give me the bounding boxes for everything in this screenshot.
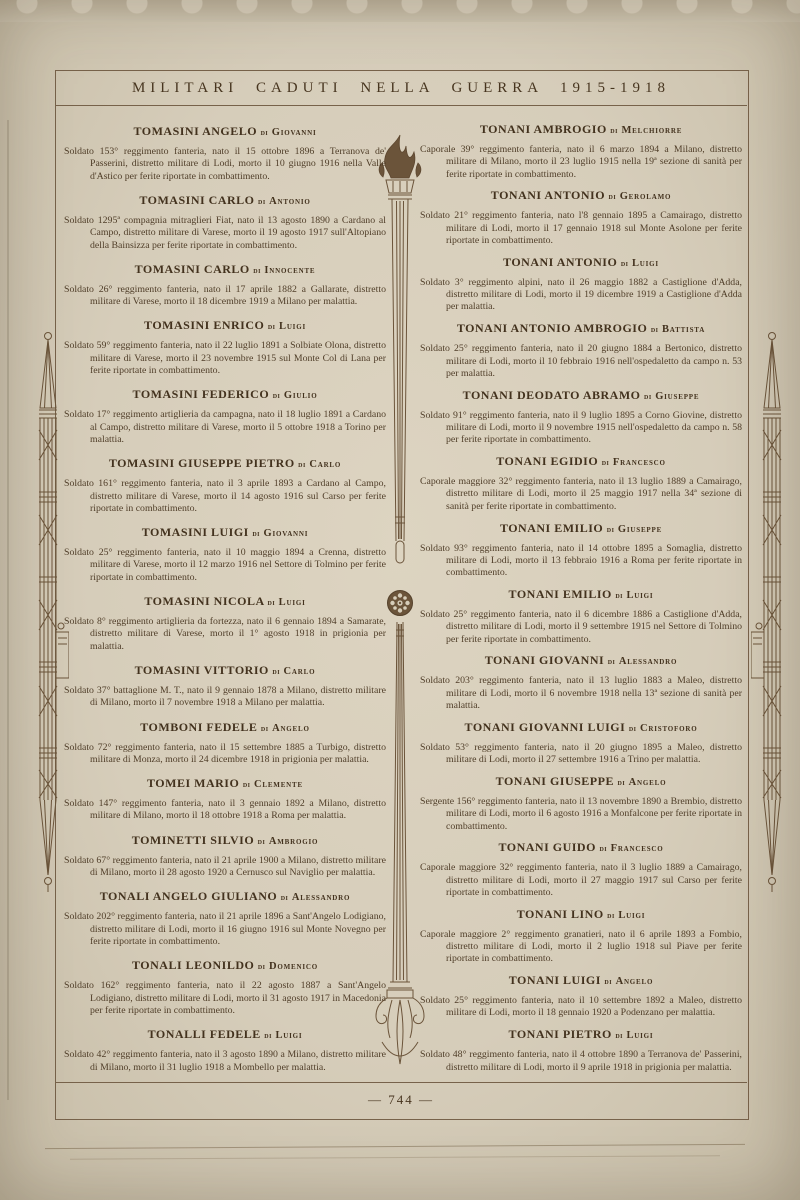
soldier-entry: TONANI EGIDIO di Francesco Caporale magg…	[420, 454, 742, 513]
di-connector: di	[258, 961, 266, 971]
di-connector: di	[602, 457, 610, 467]
soldier-entry: TONANI EMILIO di Giuseppe Soldato 93° re…	[420, 521, 742, 580]
soldier-record: Soldato 25° reggimento fanteria, nato il…	[64, 547, 386, 584]
di-connector: di	[253, 265, 261, 275]
soldier-record: Soldato 203° reggimento fanteria, nato i…	[420, 675, 742, 712]
soldier-name-heading: TONANI GIUSEPPE di Angelo	[420, 774, 742, 789]
fasces-ornament-left	[27, 330, 69, 892]
soldier-entry: TONANI GIOVANNI LUIGI di Cristoforo Sold…	[420, 720, 742, 767]
soldier-entry: TOMASINI ENRICO di Luigi Soldato 59° reg…	[64, 318, 386, 377]
soldier-surname: TONANI ANTONIO	[503, 255, 617, 269]
father-name: Battista	[662, 324, 705, 335]
soldier-entry: TONALI ANGELO GIULIANO di Alessandro Sol…	[64, 889, 386, 948]
soldier-entry: TONANI ANTONIO di Gerolamo Soldato 21° r…	[420, 188, 742, 247]
soldier-surname: TONANI GIOVANNI	[485, 653, 604, 667]
soldier-surname: TONANI EMILIO	[509, 587, 612, 601]
soldier-entry: TOMASINI CARLO di Antonio Soldato 1295ª …	[64, 193, 386, 252]
di-connector: di	[281, 892, 289, 902]
soldier-name-heading: TONANI GIOVANNI LUIGI di Cristoforo	[420, 720, 742, 735]
di-connector: di	[610, 125, 618, 135]
soldier-name-heading: TOMASINI VITTORIO di Carlo	[64, 663, 386, 678]
soldier-surname: TONALLI FEDELE	[148, 1027, 261, 1041]
father-name: Angelo	[616, 976, 654, 987]
di-connector: di	[607, 524, 615, 534]
di-connector: di	[243, 779, 251, 789]
soldier-entry: TONALI LEONILDO di Domenico Soldato 162°…	[64, 958, 386, 1017]
father-name: Angelo	[629, 777, 667, 788]
soldier-surname: TONANI LUIGI	[509, 973, 601, 987]
father-name: Giovanni	[272, 127, 317, 138]
soldier-surname: TOMEI MARIO	[147, 776, 239, 790]
soldier-surname: TOMINETTI SILVIO	[132, 833, 254, 847]
di-connector: di	[258, 196, 266, 206]
soldier-name-heading: TONANI EMILIO di Giuseppe	[420, 521, 742, 536]
soldier-name-heading: TONANI ANTONIO AMBROGIO di Battista	[420, 321, 742, 336]
soldier-entry: TOMASINI VITTORIO di Carlo Soldato 37° b…	[64, 663, 386, 710]
father-name: Gerolamo	[620, 191, 672, 202]
soldier-record: Caporale maggiore 32° reggimento fanteri…	[420, 476, 742, 513]
father-name: Luigi	[627, 1030, 654, 1041]
soldier-name-heading: TOMASINI ENRICO di Luigi	[64, 318, 386, 333]
di-connector: di	[261, 723, 269, 733]
soldier-name-heading: TONALLI FEDELE di Luigi	[64, 1027, 386, 1042]
soldier-surname: TONANI PIETRO	[509, 1027, 612, 1041]
soldier-name-heading: TONALI LEONILDO di Domenico	[64, 958, 386, 973]
di-connector: di	[298, 459, 306, 469]
soldier-record: Sergente 156° reggimento fanteria, nato …	[420, 796, 742, 833]
soldier-entry: TONANI DEODATO ABRAMO di Giuseppe Soldat…	[420, 388, 742, 447]
soldier-name-heading: TONANI AMBROGIO di Melchiorre	[420, 122, 742, 137]
soldier-name-heading: TONANI ANTONIO di Luigi	[420, 255, 742, 270]
di-connector: di	[617, 777, 625, 787]
di-connector: di	[264, 1030, 272, 1040]
father-name: Giuseppe	[618, 524, 662, 535]
soldier-name-heading: TOMASINI FEDERICO di Giulio	[64, 387, 386, 402]
father-name: Alessandro	[292, 892, 350, 903]
soldier-entry: TONANI GUIDO di Francesco Caporale maggi…	[420, 840, 742, 899]
soldier-name-heading: TOMASINI GIUSEPPE PIETRO di Carlo	[64, 456, 386, 471]
soldier-record: Soldato 59° reggimento fanteria, nato il…	[64, 340, 386, 377]
soldier-entry: TOMBONI FEDELE di Angelo Soldato 72° reg…	[64, 720, 386, 767]
di-connector: di	[615, 590, 623, 600]
soldier-name-heading: TONANI DEODATO ABRAMO di Giuseppe	[420, 388, 742, 403]
soldier-name-heading: TOMASINI CARLO di Innocente	[64, 262, 386, 277]
scan-top-page-edge	[0, 0, 800, 22]
scan-artifact-line	[45, 1144, 745, 1149]
soldier-surname: TONANI DEODATO ABRAMO	[463, 388, 641, 402]
soldier-entry: TONANI LINO di Luigi Caporale maggiore 2…	[420, 907, 742, 966]
father-name: Giovanni	[264, 528, 309, 539]
soldier-name-heading: TONANI PIETRO di Luigi	[420, 1027, 742, 1042]
father-name: Antonio	[269, 196, 310, 207]
father-name: Carlo	[309, 459, 341, 470]
soldier-surname: TONANI ANTONIO	[491, 188, 605, 202]
soldier-name-heading: TONANI EGIDIO di Francesco	[420, 454, 742, 469]
scanned-book-page: MILITARI CADUTI NELLA GUERRA 1915-1918	[0, 0, 800, 1200]
soldier-entry: TONANI ANTONIO di Luigi Soldato 3° reggi…	[420, 255, 742, 314]
di-connector: di	[609, 191, 617, 201]
father-name: Luigi	[627, 590, 654, 601]
di-connector: di	[252, 528, 260, 538]
father-name: Luigi	[279, 597, 306, 608]
soldier-record: Soldato 91° reggimento fanteria, nato il…	[420, 410, 742, 447]
soldier-name-heading: TONANI GUIDO di Francesco	[420, 840, 742, 855]
di-connector: di	[621, 258, 629, 268]
soldier-name-heading: TOMASINI LUIGI di Giovanni	[64, 525, 386, 540]
soldier-record: Soldato 67° reggimento fanteria, nato il…	[64, 855, 386, 880]
soldier-name-heading: TONANI EMILIO di Luigi	[420, 587, 742, 602]
di-connector: di	[629, 723, 637, 733]
father-name: Melchiorre	[621, 125, 682, 136]
soldier-entry: TONANI AMBROGIO di Melchiorre Caporale 3…	[420, 122, 742, 181]
father-name: Luigi	[632, 258, 659, 269]
soldier-entry: TOMASINI LUIGI di Giovanni Soldato 25° r…	[64, 525, 386, 584]
father-name: Francesco	[611, 843, 664, 854]
soldier-surname: TOMASINI ENRICO	[144, 318, 264, 332]
soldier-record: Soldato 8° reggimento artiglieria da for…	[64, 616, 386, 653]
soldier-entry: TONANI GIUSEPPE di Angelo Sergente 156° …	[420, 774, 742, 833]
rosette-medallion-ornament	[386, 589, 414, 617]
di-connector: di	[604, 976, 612, 986]
soldier-entry: TONANI PIETRO di Luigi Soldato 48° reggi…	[420, 1027, 742, 1074]
father-name: Luigi	[275, 1030, 302, 1041]
soldier-column-left: TOMASINI ANGELO di Giovanni Soldato 153°…	[64, 124, 386, 1074]
soldier-record: Soldato 21° reggimento fanteria, nato l'…	[420, 210, 742, 247]
soldier-surname: TONALI LEONILDO	[132, 958, 254, 972]
soldier-name-heading: TOMEI MARIO di Clemente	[64, 776, 386, 791]
father-name: Luigi	[279, 321, 306, 332]
di-connector: di	[615, 1030, 623, 1040]
soldier-record: Soldato 153° reggimento fanteria, nato i…	[64, 146, 386, 183]
soldier-entry: TOMINETTI SILVIO di Ambrogio Soldato 67°…	[64, 833, 386, 880]
soldier-record: Soldato 1295ª compagnia mitraglieri Fiat…	[64, 215, 386, 252]
soldier-surname: TOMASINI CARLO	[139, 193, 254, 207]
di-connector: di	[273, 390, 281, 400]
di-connector: di	[258, 836, 266, 846]
scan-left-edge-shadow	[7, 120, 9, 1100]
soldier-record: Soldato 72° reggimento fanteria, nato il…	[64, 742, 386, 767]
soldier-name-heading: TONANI LUIGI di Angelo	[420, 973, 742, 988]
soldier-name-heading: TOMBONI FEDELE di Angelo	[64, 720, 386, 735]
soldier-surname: TONANI EMILIO	[500, 521, 603, 535]
soldier-surname: TOMASINI GIUSEPPE PIETRO	[109, 456, 295, 470]
soldier-record: Caporale 39° reggimento fanteria, nato i…	[420, 144, 742, 181]
soldier-surname: TOMBONI FEDELE	[140, 720, 257, 734]
father-name: Giuseppe	[655, 391, 699, 402]
soldier-name-heading: TONANI ANTONIO di Gerolamo	[420, 188, 742, 203]
di-connector: di	[607, 910, 615, 920]
soldier-record: Caporale maggiore 32° reggimento fanteri…	[420, 862, 742, 899]
soldier-name-heading: TONANI GIOVANNI di Alessandro	[420, 653, 742, 668]
soldier-surname: TOMASINI ANGELO	[133, 124, 257, 138]
di-connector: di	[651, 324, 659, 334]
soldier-entry: TONANI EMILIO di Luigi Soldato 25° reggi…	[420, 587, 742, 646]
soldier-record: Soldato 3° reggimento alpini, nato il 26…	[420, 277, 742, 314]
di-connector: di	[272, 666, 280, 676]
soldier-entry: TOMASINI CARLO di Innocente Soldato 26° …	[64, 262, 386, 309]
soldier-surname: TOMASINI FEDERICO	[133, 387, 270, 401]
soldier-surname: TONANI EGIDIO	[496, 454, 598, 468]
soldier-record: Soldato 42° reggimento fanteria, nato il…	[64, 1049, 386, 1074]
scan-artifact-line	[70, 1155, 720, 1159]
di-connector: di	[599, 843, 607, 853]
father-name: Ambrogio	[269, 836, 318, 847]
soldier-entry: TOMASINI GIUSEPPE PIETRO di Carlo Soldat…	[64, 456, 386, 515]
soldier-entry: TONANI GIOVANNI di Alessandro Soldato 20…	[420, 653, 742, 712]
soldier-surname: TONANI AMBROGIO	[480, 122, 607, 136]
page-number: — 744 —	[55, 1082, 747, 1118]
father-name: Domenico	[269, 961, 318, 972]
soldier-surname: TONALI ANGELO GIULIANO	[100, 889, 277, 903]
soldier-entry: TONALLI FEDELE di Luigi Soldato 42° regg…	[64, 1027, 386, 1074]
di-connector: di	[261, 127, 269, 137]
soldier-entry: TONANI ANTONIO AMBROGIO di Battista Sold…	[420, 321, 742, 380]
fasces-ornament-right	[751, 330, 793, 892]
father-name: Clemente	[254, 779, 303, 790]
soldier-record: Soldato 25° reggimento fanteria, nato il…	[420, 343, 742, 380]
soldier-surname: TONANI GIUSEPPE	[496, 774, 614, 788]
soldier-surname: TOMASINI NICOLA	[144, 594, 264, 608]
soldier-column-right: TONANI AMBROGIO di Melchiorre Caporale 3…	[420, 122, 742, 1074]
soldier-name-heading: TONANI LINO di Luigi	[420, 907, 742, 922]
soldier-record: Soldato 37° battaglione M. T., nato il 9…	[64, 685, 386, 710]
soldier-record: Soldato 26° reggimento fanteria, nato il…	[64, 284, 386, 309]
di-connector: di	[268, 597, 276, 607]
soldier-record: Soldato 202° reggimento fanteria, nato i…	[64, 911, 386, 948]
father-name: Alessandro	[619, 656, 677, 667]
father-name: Giulio	[284, 390, 318, 401]
soldier-record: Soldato 53° reggimento fanteria, nato il…	[420, 742, 742, 767]
soldier-entry: TOMASINI FEDERICO di Giulio Soldato 17° …	[64, 387, 386, 446]
di-connector: di	[268, 321, 276, 331]
soldier-entry: TONANI LUIGI di Angelo Soldato 25° reggi…	[420, 973, 742, 1020]
di-connector: di	[644, 391, 652, 401]
title-rule	[56, 105, 747, 106]
page-title: MILITARI CADUTI NELLA GUERRA 1915-1918	[55, 70, 747, 105]
soldier-name-heading: TOMASINI ANGELO di Giovanni	[64, 124, 386, 139]
soldier-record: Soldato 162° reggimento fanteria, nato i…	[64, 980, 386, 1017]
soldier-entry: TOMASINI NICOLA di Luigi Soldato 8° regg…	[64, 594, 386, 653]
soldier-surname: TONANI ANTONIO AMBROGIO	[457, 321, 647, 335]
soldier-entry: TOMEI MARIO di Clemente Soldato 147° reg…	[64, 776, 386, 823]
father-name: Francesco	[613, 457, 666, 468]
father-name: Carlo	[284, 666, 316, 677]
father-name: Luigi	[618, 910, 645, 921]
soldier-record: Soldato 48° reggimento fanteria, nato il…	[420, 1049, 742, 1074]
soldier-record: Soldato 147° reggimento fanteria, nato i…	[64, 798, 386, 823]
father-name: Angelo	[272, 723, 310, 734]
soldier-surname: TONANI GIOVANNI LUIGI	[465, 720, 626, 734]
soldier-surname: TOMASINI VITTORIO	[135, 663, 269, 677]
soldier-record: Caporale maggiore 2° reggimento granatie…	[420, 929, 742, 966]
soldier-surname: TONANI GUIDO	[498, 840, 595, 854]
di-connector: di	[608, 656, 616, 666]
soldier-name-heading: TOMINETTI SILVIO di Ambrogio	[64, 833, 386, 848]
soldier-record: Soldato 25° reggimento fanteria, nato il…	[420, 995, 742, 1020]
soldier-name-heading: TOMASINI CARLO di Antonio	[64, 193, 386, 208]
soldier-surname: TONANI LINO	[517, 907, 604, 921]
soldier-name-heading: TOMASINI NICOLA di Luigi	[64, 594, 386, 609]
soldier-record: Soldato 93° reggimento fanteria, nato il…	[420, 543, 742, 580]
father-name: Cristoforo	[640, 723, 697, 734]
soldier-surname: TOMASINI LUIGI	[142, 525, 249, 539]
soldier-name-heading: TONALI ANGELO GIULIANO di Alessandro	[64, 889, 386, 904]
soldier-record: Soldato 17° reggimento artiglieria da ca…	[64, 409, 386, 446]
soldier-record: Soldato 161° reggimento fanteria, nato i…	[64, 478, 386, 515]
father-name: Innocente	[264, 265, 315, 276]
soldier-record: Soldato 25° reggimento fanteria, nato il…	[420, 609, 742, 646]
soldier-surname: TOMASINI CARLO	[135, 262, 250, 276]
soldier-entry: TOMASINI ANGELO di Giovanni Soldato 153°…	[64, 124, 386, 183]
